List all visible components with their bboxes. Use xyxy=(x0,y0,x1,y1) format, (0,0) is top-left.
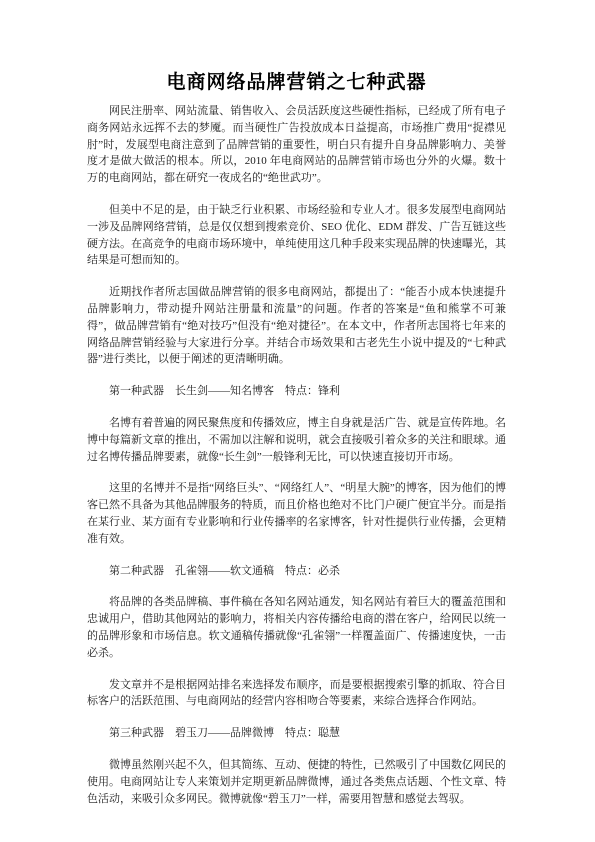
document-page: 电商网络品牌营销之七种武器 网民注册率、网站流量、销售收入、会员活跃度这些硬性指… xyxy=(0,0,595,842)
paragraph: 名博有着普遍的网民聚焦度和传播效应，博主自身就是活广告、就是宣传阵地。名博中每篇… xyxy=(87,415,506,465)
paragraph: 将品牌的各类品牌稿、事件稿在各知名网站通发，知名网站有着巨大的覆盖范围和忠诚用户… xyxy=(87,594,506,661)
paragraph: 网民注册率、网站流量、销售收入、会员活跃度这些硬性指标，已经成了所有电子商务网站… xyxy=(87,103,506,187)
paragraph: 但美中不足的是，由于缺乏行业积累、市场经验和专业人才。很多发展型电商网站一涉及品… xyxy=(87,202,506,269)
section-heading: 第二种武器 孔雀翎——软文通稿 特点：必杀 xyxy=(87,563,506,580)
paragraph: 近期找作者所志国做品牌营销的很多电商网站，都提出了：“能否小成本快速提升品牌影响… xyxy=(87,284,506,368)
section-heading: 第一种武器 长生剑——知名博客 特点：锋利 xyxy=(87,383,506,400)
paragraph: 微博虽然刚兴起不久，但其简练、互动、便捷的特性，已然吸引了中国数亿网民的使用。电… xyxy=(87,757,506,807)
paragraph: 发文章并不是根据网站排名来选择发布顺序，而是要根据搜索引擎的抓取、符合目标客户的… xyxy=(87,677,506,711)
document-title: 电商网络品牌营销之七种武器 xyxy=(87,70,506,96)
paragraph: 这里的名博并不是指“网络巨头”、“网络红人”、“明星大腕”的博客，因为他们的博客… xyxy=(87,480,506,547)
section-heading: 第三种武器 碧玉刀——品牌微博 特点：聪慧 xyxy=(87,725,506,742)
